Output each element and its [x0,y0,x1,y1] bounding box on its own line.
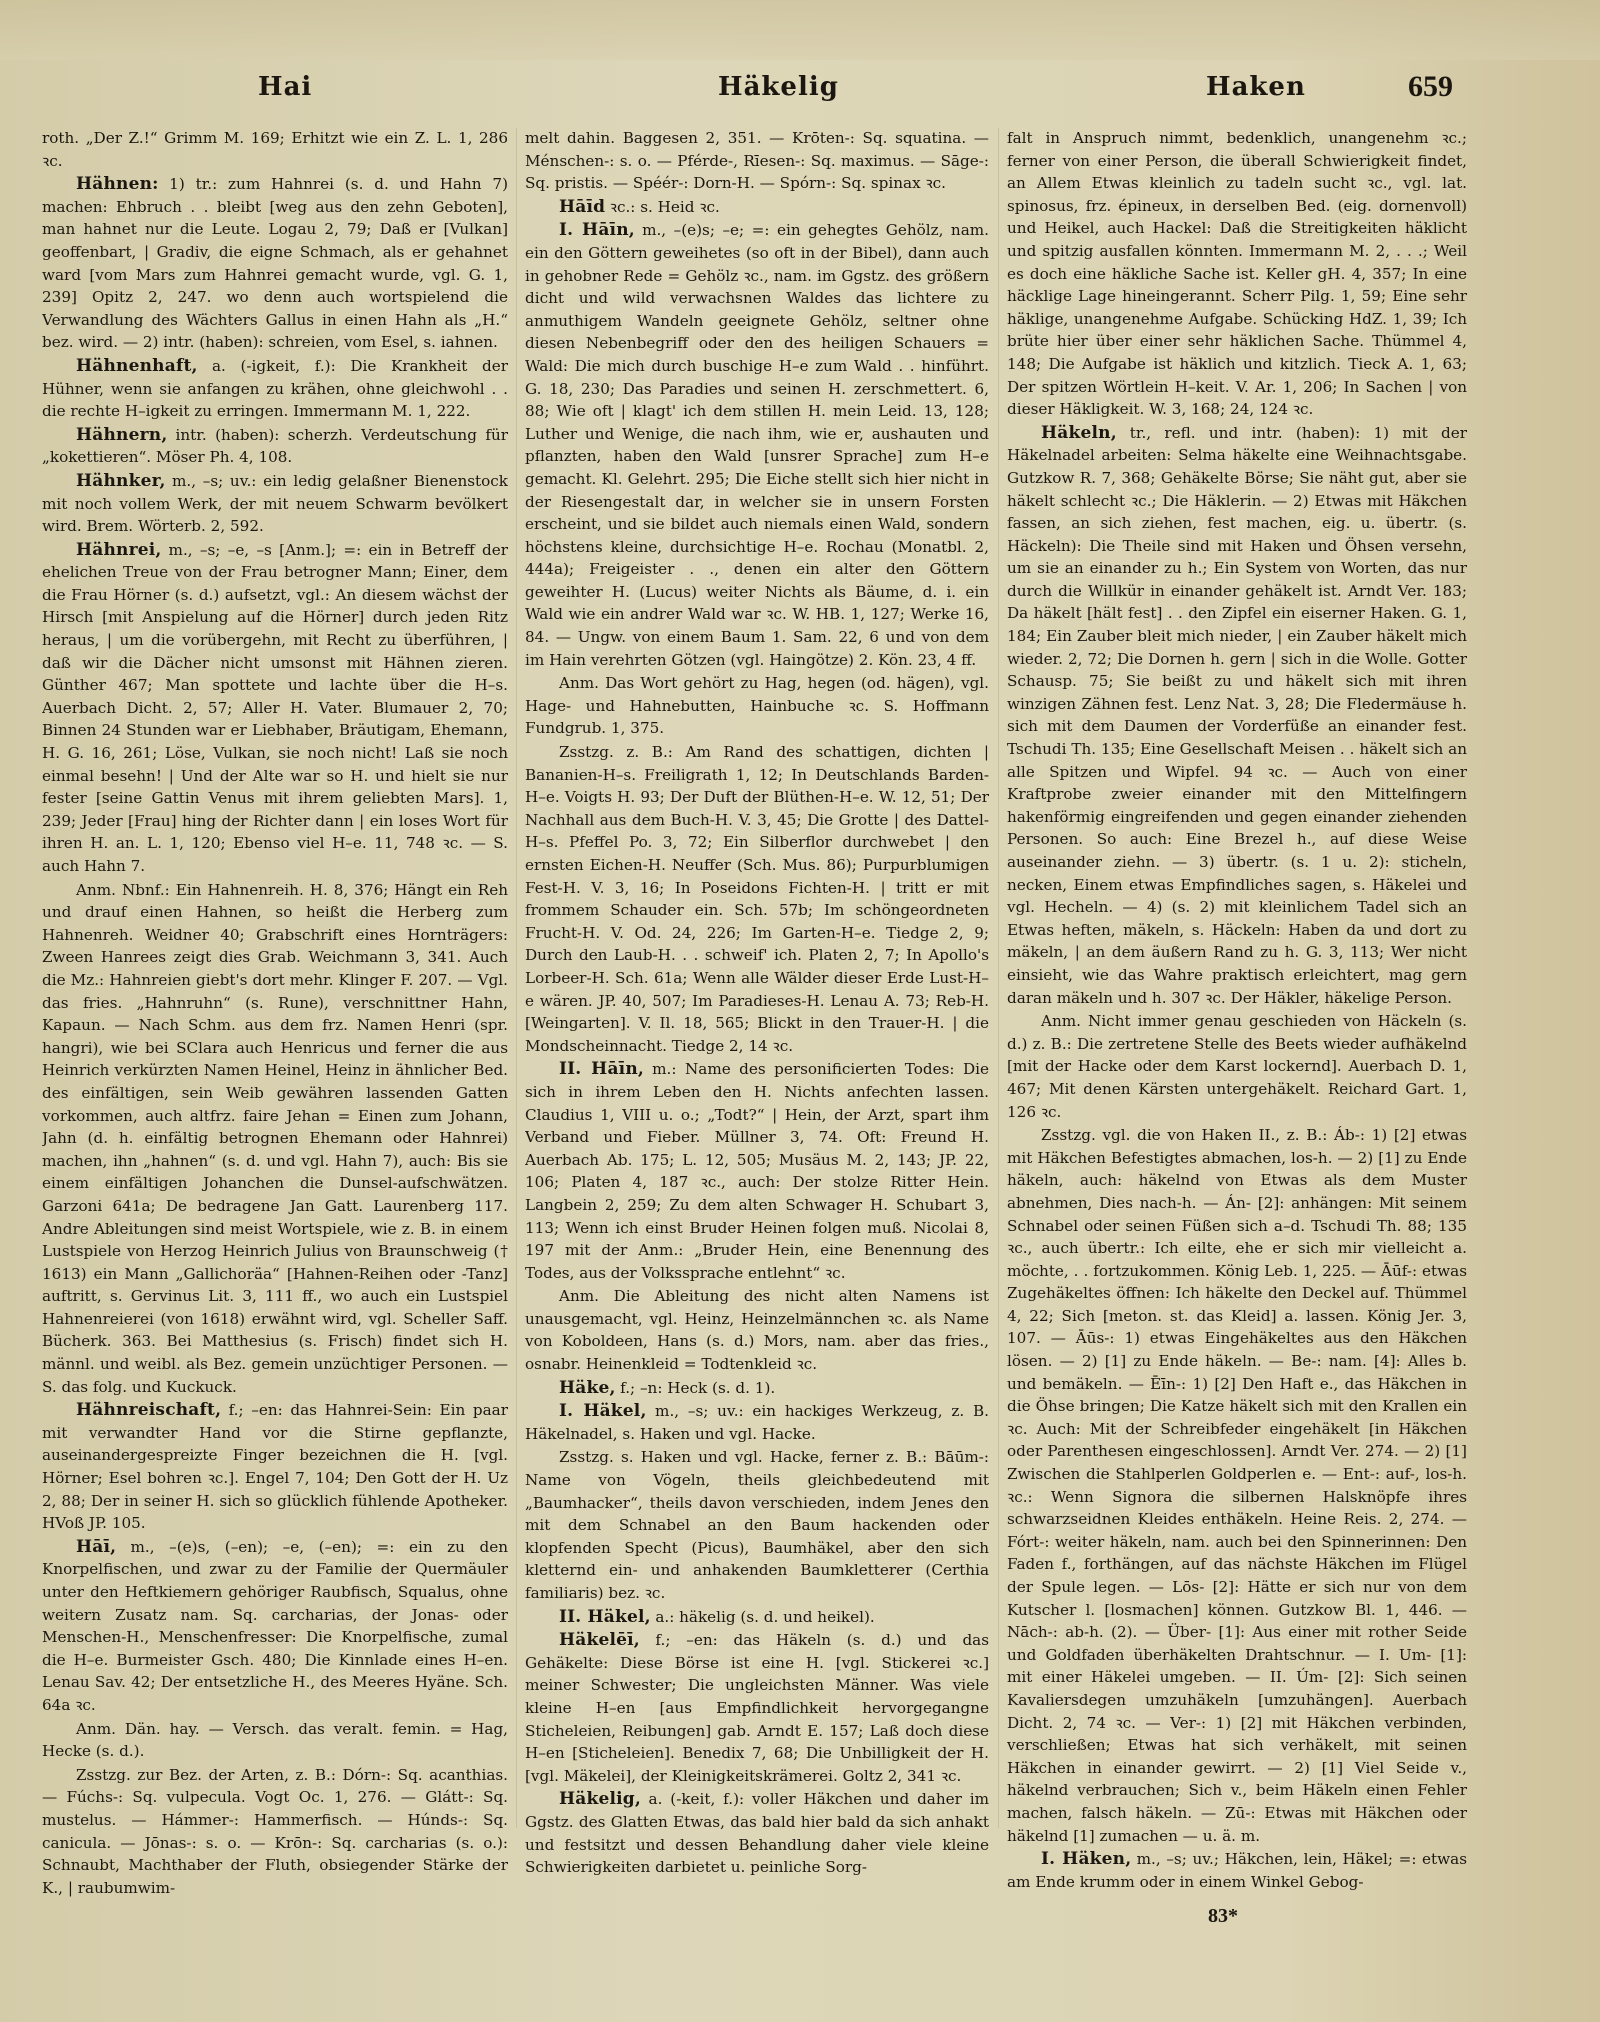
entry-body: roth. „Der Z.!“ Grimm M. 169; Erhitzt wi… [42,129,508,170]
entry-headword: I. Hāīn, [559,220,635,240]
column-divider [516,128,517,1828]
entry-headword: Hähnreischaft, [76,1400,221,1420]
entry-headword: Hāīd [559,197,605,217]
entry-body: melt dahin. Baggesen 2, 351. — Krōten-: … [525,129,989,192]
entry-headword: I. Häkel, [559,1401,647,1421]
guide-word-center: Häkelig [718,72,839,102]
entry-body: Zsstzg. s. Haken und vgl. Hacke, ferner … [525,1448,989,1602]
guide-word-right: Haken [1206,72,1306,102]
dictionary-columns: roth. „Der Z.!“ Grimm M. 169; Erhitzt wi… [42,128,1502,1988]
entry-body: Anm. Das Wort gehört zu Hag, hegen (od. … [525,674,989,737]
entry-headword: Häkeln, [1041,423,1117,443]
entry-body: a.: häkelig (s. d. und heikel). [655,1608,874,1626]
dictionary-entry: Anm. Dän. hay. — Versch. das veralt. fem… [42,1719,508,1764]
entry-body: Anm. Nbnf.: Ein Hahnenreih. H. 8, 376; H… [42,881,508,1396]
dictionary-entry: melt dahin. Baggesen 2, 351. — Krōten-: … [525,128,989,196]
dictionary-entry: Zsstzg. zur Bez. der Arten, z. B.: Dórn-… [42,1765,508,1901]
dictionary-entry: Häkelēī, f.; –en: das Häkeln (s. d.) und… [525,1630,989,1788]
dictionary-entry: Hähnreischaft, f.; –en: das Hahnrei-Sein… [42,1400,508,1536]
entry-headword: Hähnker, [76,471,166,491]
entry-body: Zsstzg. z. B.: Am Rand des schattigen, d… [525,743,989,1055]
dictionary-entry: Anm. Nicht immer genau geschieden von Hä… [1007,1011,1467,1124]
dictionary-entry: Häke, f.; –n: Heck (s. d. 1). [525,1378,989,1401]
entry-body: falt in Anspruch nimmt, bedenklich, unan… [1007,129,1467,418]
signature-mark: 83* [1208,1905,1238,1928]
dictionary-entry: roth. „Der Z.!“ Grimm M. 169; Erhitzt wi… [42,128,508,173]
dictionary-entry: Anm. Nbnf.: Ein Hahnenreih. H. 8, 376; H… [42,880,508,1400]
entry-headword: I. Häken, [1041,1849,1131,1869]
dictionary-entry: Hähnker, m., –s; uv.: ein ledig gelaßner… [42,471,508,539]
dictionary-entry: Hāīd ꝛc.: s. Heid ꝛc. [525,197,989,220]
entry-body: f.; –n: Heck (s. d. 1). [620,1379,775,1397]
entry-headword: Hähnern, [76,425,167,445]
column-1: roth. „Der Z.!“ Grimm M. 169; Erhitzt wi… [42,128,508,1988]
entry-headword: Hähnrei, [76,540,162,560]
column-2: melt dahin. Baggesen 2, 351. — Krōten-: … [525,128,989,1988]
entry-headword: Hähnen: [76,174,159,194]
dictionary-entry: Zsstzg. s. Haken und vgl. Hacke, ferner … [525,1447,989,1605]
dictionary-entry: Zsstzg. z. B.: Am Rand des schattigen, d… [525,742,989,1058]
entry-body: tr., refl. und intr. (haben): 1) mit der… [1007,424,1467,1007]
entry-headword: Häkelig, [559,1789,641,1809]
guide-word-left: Hai [258,72,312,102]
dictionary-entry: Hähnenhaft, a. (-igkeit, f.): Die Krankh… [42,356,508,424]
entry-body: ꝛc.: s. Heid ꝛc. [610,198,720,216]
dictionary-entry: Hähnern, intr. (haben): scherzh. Verdeut… [42,425,508,470]
entry-body: Anm. Nicht immer genau geschieden von Hä… [1007,1012,1467,1120]
dictionary-entry: I. Häkel, m., –s; uv.: ein hackiges Werk… [525,1401,989,1446]
dictionary-entry: II. Hāīn, m.: Name des personificierten … [525,1059,989,1285]
entry-body: f.; –en: das Häkeln (s. d.) und das Gehä… [525,1631,989,1785]
entry-body: m., –(e)s; –e; =: ein gehegtes Gehölz, n… [525,221,989,668]
entry-body: 1) tr.: zum Hahnrei (s. d. und Hahn 7) m… [42,175,508,351]
dictionary-entry: Häkelig, a. (-keit, f.): voller Häkchen … [525,1789,989,1879]
entry-body: Anm. Dän. hay. — Versch. das veralt. fem… [42,1720,508,1761]
entry-headword: II. Hāīn, [559,1059,644,1079]
entry-body: m., –(e)s, (–en); –e, (–en); =: ein zu d… [42,1538,508,1714]
page-number: 659 [1408,70,1453,104]
dictionary-entry: Anm. Die Ableitung des nicht alten Namen… [525,1286,989,1376]
running-header: Hai Häkelig Haken 659 [0,72,1600,112]
dictionary-entry: Hähnrei, m., –s; –e, –s [Anm.]; =: ein i… [42,540,508,879]
page-top-edge [0,0,1600,60]
dictionary-entry: Anm. Das Wort gehört zu Hag, hegen (od. … [525,673,989,741]
entry-body: f.; –en: das Hahnrei-Sein: Ein paar mit … [42,1401,508,1532]
entry-body: Anm. Die Ableitung des nicht alten Namen… [525,1287,989,1373]
column-divider [998,128,999,1828]
entry-body: m.: Name des personificierten Todes: Die… [525,1060,989,1281]
dictionary-entry: Häkeln, tr., refl. und intr. (haben): 1)… [1007,423,1467,1010]
entry-headword: II. Häkel, [559,1607,651,1627]
entry-headword: Hāī, [76,1537,116,1557]
entry-headword: Hähnenhaft, [76,356,198,376]
entry-body: Zsstzg. vgl. die von Haken II., z. B.: Á… [1007,1126,1467,1844]
entry-headword: Häkelēī, [559,1630,640,1650]
dictionary-entry: I. Hāīn, m., –(e)s; –e; =: ein gehegtes … [525,220,989,672]
dictionary-entry: Hähnen: 1) tr.: zum Hahnrei (s. d. und H… [42,174,508,355]
dictionary-entry: II. Häkel, a.: häkelig (s. d. und heikel… [525,1607,989,1630]
dictionary-entry: I. Häken, m., –s; uv.; Häkchen, lein, Hä… [1007,1849,1467,1894]
entry-body: m., –s; –e, –s [Anm.]; =: ein in Betreff… [42,541,508,875]
dictionary-entry: Hāī, m., –(e)s, (–en); –e, (–en); =: ein… [42,1537,508,1718]
column-3: falt in Anspruch nimmt, bedenklich, unan… [1007,128,1467,1988]
dictionary-entry: Zsstzg. vgl. die von Haken II., z. B.: Á… [1007,1125,1467,1848]
entry-headword: Häke, [559,1378,616,1398]
dictionary-entry: falt in Anspruch nimmt, bedenklich, unan… [1007,128,1467,422]
entry-body: Zsstzg. zur Bez. der Arten, z. B.: Dórn-… [42,1766,508,1897]
